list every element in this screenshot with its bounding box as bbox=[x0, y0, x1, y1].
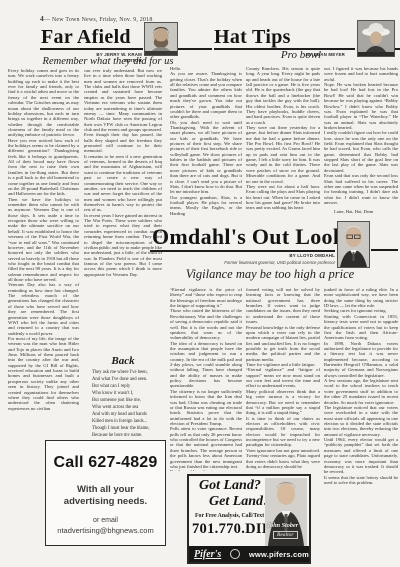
ad-or-email: or email bbox=[46, 517, 165, 524]
poem-back: They ask me where I've been, And what I'… bbox=[84, 369, 162, 436]
pifers-land-ad: Got Land? Get Land! For Free Analysis, C… bbox=[187, 474, 311, 564]
ad-phone-number: Call 627-4829 bbox=[46, 454, 165, 472]
jerry-kram-photo bbox=[144, 22, 178, 56]
far-afield-rule-end bbox=[178, 48, 212, 50]
poem-line: Who know it wasn't I, bbox=[92, 390, 162, 397]
poem-line: And what I've done and seen. bbox=[92, 376, 162, 383]
poem-line: They ask me where I've been, bbox=[92, 369, 162, 376]
poem-line: And with my head and hands bbox=[92, 411, 162, 418]
advertising-ad: Call 627-4829 With all your advertising … bbox=[45, 440, 166, 546]
far-afield-rule bbox=[40, 48, 143, 50]
far-afield-column-2-text: can ever truly understand. But now we li… bbox=[84, 68, 162, 355]
poem-line: Though I must bear the blame, bbox=[92, 425, 162, 432]
omdahl-rule-end bbox=[371, 249, 398, 251]
omdahl-credit: Former lieutenant governor, UND politica… bbox=[150, 260, 335, 265]
pifers-website: www.pifers.com bbox=[249, 550, 309, 559]
omdahl-column-3: junked in favor of a ruling elite. In a … bbox=[324, 287, 398, 520]
bearded-man-portrait-icon bbox=[145, 23, 177, 55]
newspaper-page: 4— New Town News, Friday, Nov. 9, 2018 F… bbox=[0, 0, 400, 567]
pifers-ad-bottom-bar: Pifer's www.pifers.com bbox=[189, 546, 309, 562]
agent-title-overlay: Realtor bbox=[273, 531, 298, 539]
omdahl-byline: BY LLOYD OMDAHL bbox=[150, 253, 335, 259]
pifers-headline-1: Got Land? bbox=[199, 478, 261, 494]
pifers-headline-2: Get Land! bbox=[209, 494, 269, 510]
poem-line: But what can I reply bbox=[92, 383, 162, 390]
omdahl-subhead: Vigilance may be too high a price bbox=[160, 267, 380, 282]
far-afield-subhead: Remember what they did for us bbox=[40, 56, 176, 67]
poem-title: Back bbox=[84, 355, 162, 367]
hat-tips-title: Hat Tips bbox=[214, 26, 291, 49]
hat-tips-column-3-text: out. I figured it was because his hands … bbox=[324, 66, 398, 206]
glasses-man-portrait-icon bbox=[338, 222, 369, 267]
ad-email-address: ntadvertising@bhgnews.com bbox=[46, 526, 165, 535]
omdahl-column-1: “Eternal vigilance is the price of liber… bbox=[170, 287, 242, 471]
hat-tips-column-1: Hello. As you are aware, Thanksgiving is… bbox=[170, 66, 242, 222]
pifers-subline: For Free Analysis, Call/Text bbox=[195, 513, 264, 519]
omdahl-title: Omdahl's Out Look bbox=[152, 224, 345, 250]
agent-name-overlay: John Stober bbox=[267, 522, 298, 529]
poem-line: Because he bore my name. bbox=[92, 432, 162, 436]
poem-line: Who went across the sea bbox=[92, 404, 162, 411]
omdahl-column-2: formed voting will not be solved by lear… bbox=[246, 287, 320, 471]
ad-tagline: With all your advertising needs. bbox=[46, 484, 165, 508]
far-afield-title: Far Afield bbox=[41, 26, 131, 49]
dean-meyer-photo bbox=[357, 20, 395, 57]
pifers-logo: Pifer's bbox=[194, 549, 221, 560]
hat-tips-signoff: Later, Hat, Hat, Dean bbox=[324, 209, 398, 214]
poem-line: Killed men in foreign lands... bbox=[92, 418, 162, 425]
omdahl-rule bbox=[150, 250, 335, 252]
pifers-seal-icon bbox=[230, 549, 240, 559]
hat-tips-column-3: out. I figured it was because his hands … bbox=[324, 66, 398, 222]
cowboy-hat-man-portrait-icon bbox=[358, 21, 394, 56]
lloyd-omdahl-photo bbox=[337, 221, 370, 268]
john-stober-photo: John Stober Realtor bbox=[265, 478, 307, 546]
folio-line: 4— New Town News, Friday, Nov. 9, 2018 bbox=[40, 14, 153, 23]
hat-tips-column-2: County Ranchers. His season is quite lon… bbox=[246, 66, 320, 222]
hat-tips-subhead: Pro bowl bbox=[246, 49, 356, 61]
poem-line: But someone just like me, bbox=[92, 397, 162, 404]
far-afield-column-2: can ever truly understand. But now we li… bbox=[84, 68, 162, 436]
far-afield-column-1: Every holiday comes and goes in its turn… bbox=[8, 68, 79, 434]
